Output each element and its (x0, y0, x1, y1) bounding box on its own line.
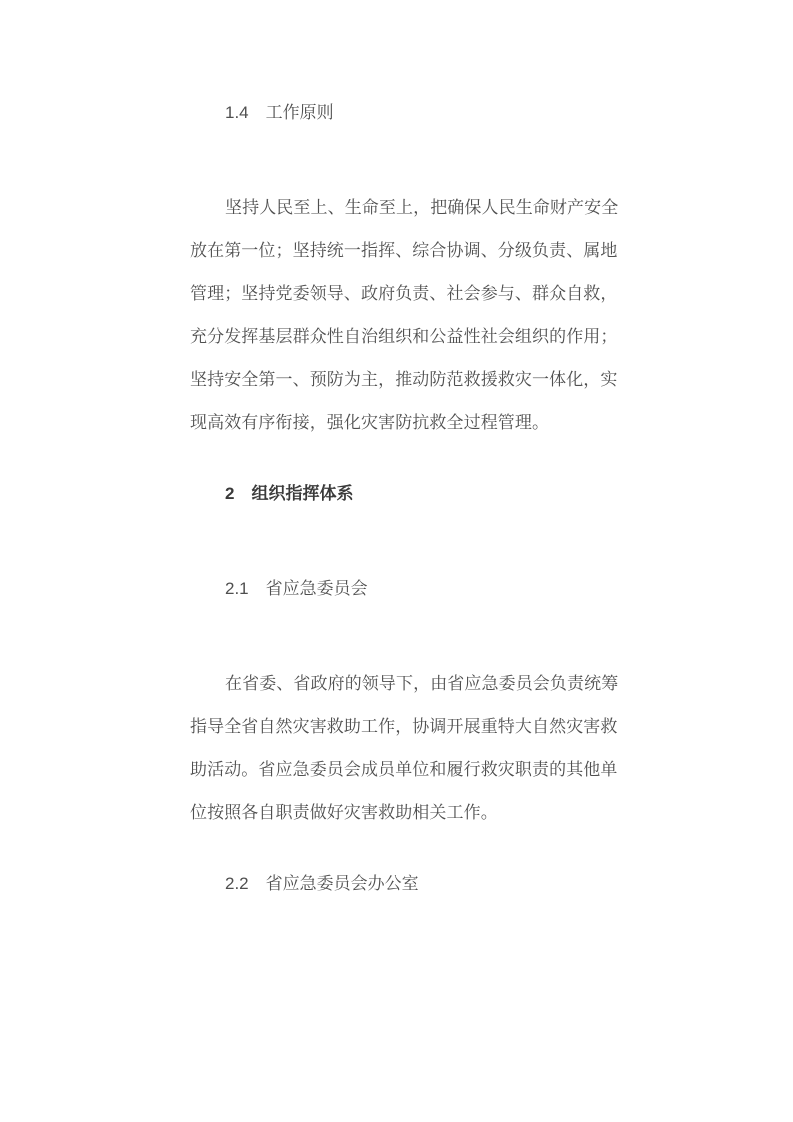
paragraph-committee-duties: 在省委、省政府的领导下，由省应急委员会负责统筹 指导全省自然灾害救助工作，协调开… (190, 662, 793, 834)
heading-1-4-work-principles: 1.4 工作原则 (190, 91, 793, 134)
paragraph-line: 位按照各自职责做好灾害救助相关工作。 (190, 791, 793, 834)
paragraph-line: 坚持安全第一、预防为主，推动防范救援救灾一体化，实 (190, 358, 793, 401)
paragraph-line: 充分发挥基层群众性自治组织和公益性社会组织的作用； (190, 315, 793, 358)
heading-2-2-committee-office: 2.2 省应急委员会办公室 (190, 862, 793, 905)
paragraph-line: 坚持人民至上、生命至上，把确保人民生命财产安全 (190, 186, 793, 229)
document-content: 1.4 工作原则 坚持人民至上、生命至上，把确保人民生命财产安全 放在第一位；坚… (0, 0, 793, 905)
paragraph-line: 现高效有序衔接，强化灾害防抗救全过程管理。 (190, 401, 793, 444)
paragraph-line: 管理；坚持党委领导、政府负责、社会参与、群众自救， (190, 272, 793, 315)
document-page: 1.4 工作原则 坚持人民至上、生命至上，把确保人民生命财产安全 放在第一位；坚… (0, 0, 793, 1122)
paragraph-line: 在省委、省政府的领导下，由省应急委员会负责统筹 (190, 662, 793, 705)
heading-2-organization-command-system: 2 组织指挥体系 (190, 472, 793, 515)
heading-2-1-provincial-emergency-committee: 2.1 省应急委员会 (190, 567, 793, 610)
paragraph-line: 放在第一位；坚持统一指挥、综合协调、分级负责、属地 (190, 229, 793, 272)
paragraph-work-principles: 坚持人民至上、生命至上，把确保人民生命财产安全 放在第一位；坚持统一指挥、综合协… (190, 186, 793, 444)
paragraph-line: 助活动。省应急委员会成员单位和履行救灾职责的其他单 (190, 748, 793, 791)
paragraph-line: 指导全省自然灾害救助工作，协调开展重特大自然灾害救 (190, 705, 793, 748)
